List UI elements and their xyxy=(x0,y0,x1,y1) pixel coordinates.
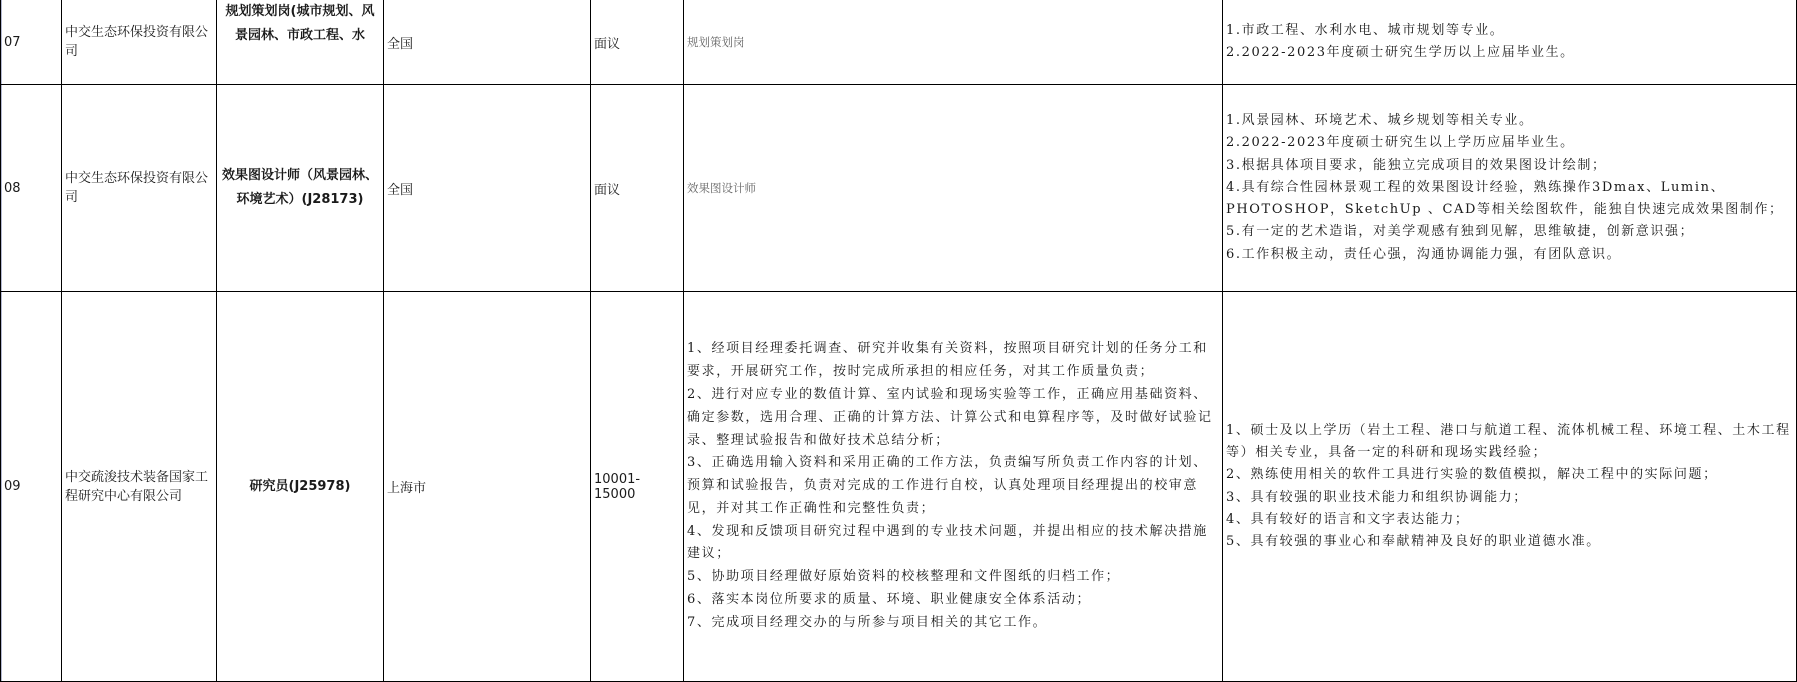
company-name: 中交生态环保投资有限公司 xyxy=(62,85,217,292)
job-title[interactable]: 规划策划岗(城市规划、风景园林、市政工程、水 xyxy=(217,0,384,85)
job-duties: 规划策划岗 xyxy=(684,0,1223,85)
job-duties: 效果图设计师 xyxy=(684,85,1223,292)
row-number: 09 xyxy=(1,292,62,682)
duty-line: 效果图设计师 xyxy=(687,177,1219,200)
salary: 面议 xyxy=(591,0,684,85)
requirement-line: 1.风景园林、环境艺术、城乡规划等相关专业。 xyxy=(1226,110,1793,132)
requirement-line: 4.具有综合性园林景观工程的效果图设计经验，熟练操作3Dmax、Lumin、PH… xyxy=(1226,177,1793,221)
requirement-line: 5.有一定的艺术造诣，对美学观感有独到见解，思维敏捷，创新意识强； xyxy=(1226,221,1793,243)
duty-line: 2、进行对应专业的数值计算、室内试验和现场实验等工作，正确应用基础资料、确定参数… xyxy=(687,384,1219,452)
duty-line: 5、协助项目经理做好原始资料的校核整理和文件图纸的归档工作； xyxy=(687,566,1219,589)
requirement-line: 6.工作积极主动，责任心强，沟通协调能力强，有团队意识。 xyxy=(1226,244,1793,266)
job-title[interactable]: 研究员(J25978) xyxy=(217,292,384,682)
work-location: 上海市 xyxy=(384,292,591,682)
job-title[interactable]: 效果图设计师（风景园林、环境艺术）(J28173) xyxy=(217,85,384,292)
job-requirements: 1.风景园林、环境艺术、城乡规划等相关专业。 2.2022-2023年度硕士研究… xyxy=(1223,85,1797,292)
requirement-line: 1.市政工程、水利水电、城市规划等专业。 xyxy=(1226,20,1793,42)
job-requirements: 1.市政工程、水利水电、城市规划等专业。 2.2022-2023年度硕士研究生学… xyxy=(1223,0,1797,85)
job-listing-table: 07 中交生态环保投资有限公司 规划策划岗(城市规划、风景园林、市政工程、水 全… xyxy=(0,0,1797,682)
work-location: 全国 xyxy=(384,0,591,85)
duty-line: 1、经项目经理委托调查、研究并收集有关资料，按照项目研究计划的任务分工和要求，开… xyxy=(687,338,1219,384)
duty-line: 7、完成项目经理交办的与所参与项目相关的其它工作。 xyxy=(687,612,1219,635)
requirement-line: 2.2022-2023年度硕士研究生学历以上应届毕业生。 xyxy=(1226,42,1793,64)
job-duties: 1、经项目经理委托调查、研究并收集有关资料，按照项目研究计划的任务分工和要求，开… xyxy=(684,292,1223,682)
requirement-line: 2、熟练使用相关的软件工具进行实验的数值模拟，解决工程中的实际问题； xyxy=(1226,464,1793,486)
requirement-line: 3.根据具体项目要求，能独立完成项目的效果图设计绘制； xyxy=(1226,155,1793,177)
duty-line: 4、发现和反馈项目研究过程中遇到的专业技术问题，并提出相应的技术解决措施建议； xyxy=(687,521,1219,567)
row-number: 07 xyxy=(1,0,62,85)
table-row: 07 中交生态环保投资有限公司 规划策划岗(城市规划、风景园林、市政工程、水 全… xyxy=(1,0,1797,85)
requirement-line: 2.2022-2023年度硕士研究生以上学历应届毕业生。 xyxy=(1226,132,1793,154)
company-name: 中交生态环保投资有限公司 xyxy=(62,0,217,85)
requirement-line: 1、硕士及以上学历（岩土工程、港口与航道工程、流体机械工程、环境工程、土木工程等… xyxy=(1226,420,1793,464)
duty-line: 规划策划岗 xyxy=(687,31,1219,54)
salary: 面议 xyxy=(591,85,684,292)
requirement-line: 4、具有较好的语言和文字表达能力； xyxy=(1226,509,1793,531)
duty-line: 6、落实本岗位所要求的质量、环境、职业健康安全体系活动； xyxy=(687,589,1219,612)
table-row: 09 中交疏浚技术装备国家工程研究中心有限公司 研究员(J25978) 上海市 … xyxy=(1,292,1797,682)
duty-line: 3、正确选用输入资料和采用正确的工作方法，负责编写所负责工作内容的计划、预算和试… xyxy=(687,452,1219,520)
requirement-line: 5、具有较强的事业心和奉献精神及良好的职业道德水准。 xyxy=(1226,531,1793,553)
requirement-line: 3、具有较强的职业技术能力和组织协调能力； xyxy=(1226,487,1793,509)
job-requirements: 1、硕士及以上学历（岩土工程、港口与航道工程、流体机械工程、环境工程、土木工程等… xyxy=(1223,292,1797,682)
salary: 10001-15000 xyxy=(591,292,684,682)
company-name: 中交疏浚技术装备国家工程研究中心有限公司 xyxy=(62,292,217,682)
row-number: 08 xyxy=(1,85,62,292)
table-row: 08 中交生态环保投资有限公司 效果图设计师（风景园林、环境艺术）(J28173… xyxy=(1,85,1797,292)
work-location: 全国 xyxy=(384,85,591,292)
